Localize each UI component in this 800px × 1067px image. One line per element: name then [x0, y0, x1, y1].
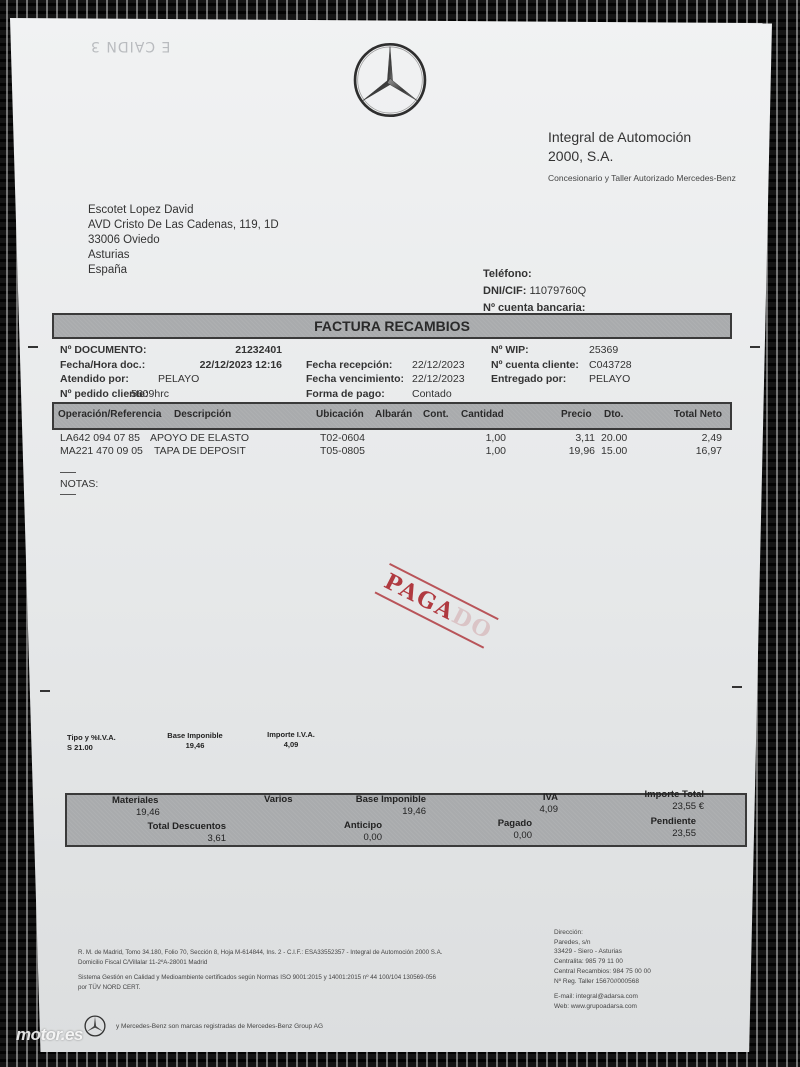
atendido-label: Atendido por:: [60, 372, 148, 387]
cuenta-label: Nº cuenta cliente:: [491, 358, 579, 373]
client-contact: Teléfono: DNI/CIF: 11079760Q Nº cuenta b…: [483, 266, 586, 317]
th-albaran: Albarán: [375, 409, 412, 420]
cell-dto: 15.00: [601, 445, 641, 457]
cell-ubicacion: T05-0805: [320, 445, 380, 457]
atendido-value: PELAYO: [158, 372, 199, 387]
pagado-label: Pagado: [490, 818, 532, 830]
addr-registro: Nº Reg. Taller 15670//000568: [554, 977, 651, 987]
doc-info-col1-values-left: PELAYO 5609hrc: [158, 372, 199, 401]
dni-label: DNI/CIF:: [483, 285, 526, 297]
legal-line2: Domicilio Fiscal C/Villalar 11-2ºA-28001…: [78, 958, 442, 968]
addr-street: Paredes, s/n: [554, 938, 651, 948]
fold-mark: [732, 686, 742, 688]
divider: [60, 472, 76, 473]
materiales-value: 19,46: [112, 807, 160, 819]
pendiente-value: 23,55: [630, 828, 696, 840]
descuentos-value: 3,61: [130, 833, 226, 845]
pago-value: Contado: [412, 387, 465, 402]
documento-label: Nº DOCUMENTO:: [60, 343, 148, 358]
cell-descripcion: TAPA DE DEPOSIT: [154, 445, 274, 457]
doc-info-col1-values-right: 21232401 22/12/2023 12:16: [160, 343, 282, 372]
pago-label: Forma de pago:: [306, 387, 404, 402]
recepcion-label: Fecha recepción:: [306, 358, 404, 373]
materiales-label: Materiales: [112, 795, 160, 807]
base-value: 19,46: [340, 806, 426, 818]
company-header: Integral de Automoción 2000, S.A. Conces…: [548, 128, 736, 188]
addr-label: Dirección:: [554, 928, 651, 938]
addr-recambios: Central Recambios: 984 75 00 00: [554, 967, 651, 977]
stamp-text: PAGA: [380, 568, 459, 626]
recepcion-value: 22/12/2023: [412, 358, 465, 373]
legal-line4: por TÜV NORD CERT.: [78, 983, 442, 993]
doc-info-col2-values: 22/12/2023 22/12/2023 Contado: [412, 358, 465, 402]
materiales: Materiales 19,46: [112, 795, 160, 818]
doc-info-col3: Nº WIP: Nº cuenta cliente: Entregado por…: [491, 343, 579, 387]
importe-total-value: 23,55 €: [620, 801, 704, 813]
legal-info: R. M. de Madrid, Tomo 34.180, Folio 70, …: [78, 948, 442, 992]
doc-info-col2: Fecha recepción: Fecha vencimiento: Form…: [306, 358, 404, 402]
entregado-value: PELAYO: [589, 372, 632, 387]
cell-total-neto: 16,97: [640, 445, 722, 457]
doc-info-col3-values: 25369 C043728 PELAYO: [589, 343, 632, 387]
th-dto: Dto.: [604, 409, 623, 420]
th-cont: Cont.: [423, 409, 449, 420]
iva-value: 4,09: [500, 804, 558, 816]
cell-cantidad: 1,00: [440, 432, 506, 444]
company-subtitle: Concesionario y Taller Autorizado Merced…: [548, 169, 736, 188]
mercedes-star-icon: [352, 42, 428, 118]
iva-tipo: Tipo y %I.V.A. S 21.00: [67, 733, 116, 753]
th-total-neto: Total Neto: [650, 409, 722, 420]
notes-label: NOTAS:: [60, 478, 98, 490]
company-name-line2: 2000, S.A.: [548, 147, 736, 166]
phone-label: Teléfono:: [483, 268, 532, 280]
client-address: Escotet Lopez David AVD Cristo De Las Ca…: [88, 203, 279, 278]
addr-city: 33429 - Siero - Asturias: [554, 947, 651, 957]
cell-precio: 19,96: [540, 445, 595, 457]
iva-base: Base Imponible 19,46: [165, 731, 225, 751]
iva-tipo-label: Tipo y %I.V.A.: [67, 733, 116, 743]
vencimiento-value: 22/12/2023: [412, 372, 465, 387]
divider: [60, 494, 76, 495]
dni-value: 11079760Q: [529, 285, 586, 297]
legal-line3: Sistema Gestión en Calidad y Medioambien…: [78, 973, 442, 983]
th-cantidad: Cantidad: [461, 409, 504, 420]
cell-cantidad: 1,00: [440, 445, 506, 457]
cell-descripcion: APOYO DE ELASTO: [150, 432, 270, 444]
iva-importe-label: Importe I.V.A.: [263, 730, 319, 740]
descuentos-label: Total Descuentos: [130, 821, 226, 833]
documento-value: 21232401: [160, 343, 282, 358]
legal-line1: R. M. de Madrid, Tomo 34.180, Folio 70, …: [78, 948, 442, 958]
addr-web: Web: www.grupoadarsa.com: [554, 1002, 651, 1012]
cell-dto: 20.00: [601, 432, 641, 444]
handwritten-note: E CAIDN 3: [90, 38, 170, 54]
invoice-title: FACTURA RECAMBIOS: [52, 313, 732, 339]
th-precio: Precio: [561, 409, 592, 420]
th-ubicacion: Ubicación: [316, 409, 364, 420]
anticipo-value: 0,00: [330, 832, 382, 844]
iva-tipo-value: S 21.00: [67, 743, 116, 753]
addr-email: E-mail: integral@adarsa.com: [554, 992, 651, 1002]
iva-base-value: 19,46: [165, 741, 225, 751]
fold-mark: [40, 690, 50, 692]
iva-base-label: Base Imponible: [165, 731, 225, 741]
client-city: 33006 Oviedo: [88, 233, 279, 248]
fecha-label: Fecha/Hora doc.:: [60, 358, 148, 373]
th-descripcion: Descripción: [174, 409, 231, 420]
anticipo: Anticipo 0,00: [330, 820, 382, 843]
fold-mark: [28, 346, 38, 348]
pagado: Pagado 0,00: [490, 818, 532, 841]
pedido-value: 5609hrc: [131, 387, 199, 402]
iva-label: IVA: [500, 792, 558, 804]
iva-importe-value: 4,09: [263, 740, 319, 750]
company-address: Dirección: Paredes, s/n 33429 - Siero - …: [554, 928, 651, 1012]
total-descuentos: Total Descuentos 3,61: [130, 821, 226, 844]
wip-label: Nº WIP:: [491, 343, 579, 358]
fold-mark: [750, 346, 760, 348]
th-referencia: Operación/Referencia: [58, 409, 161, 420]
pendiente-label: Pendiente: [630, 816, 696, 828]
client-country: España: [88, 263, 279, 278]
addr-centralita: Centralita: 985 79 11 00: [554, 957, 651, 967]
vencimiento-label: Fecha vencimiento:: [306, 372, 404, 387]
watermark-logo: motor.es: [16, 1025, 83, 1045]
base-label: Base Imponible: [340, 794, 426, 806]
wip-value: 25369: [589, 343, 632, 358]
company-name-line1: Integral de Automoción: [548, 128, 736, 147]
invoice-sheet: E CAIDN 3 Integral de Automoción 2000, S…: [10, 18, 772, 1052]
cell-precio: 3,11: [540, 432, 595, 444]
client-name: Escotet Lopez David: [88, 203, 279, 218]
iva-total: IVA 4,09: [500, 792, 558, 815]
importe-total: Importe Total 23,55 €: [620, 789, 704, 812]
cell-total-neto: 2,49: [640, 432, 722, 444]
mercedes-star-icon: [84, 1015, 106, 1037]
base-imponible: Base Imponible 19,46: [340, 794, 426, 817]
trademark-notice: y Mercedes-Benz son marcas registradas d…: [116, 1023, 323, 1030]
cuenta-value: C043728: [589, 358, 632, 373]
anticipo-label: Anticipo: [330, 820, 382, 832]
stamp-text-faded: DO: [448, 603, 497, 645]
cell-ubicacion: T02-0604: [320, 432, 380, 444]
paid-stamp: PAGADO: [375, 563, 499, 649]
importe-total-label: Importe Total: [620, 789, 704, 801]
pendiente: Pendiente 23,55: [630, 816, 696, 839]
iva-importe: Importe I.V.A. 4,09: [263, 730, 319, 750]
fecha-value: 22/12/2023 12:16: [160, 358, 282, 373]
varios-label: Varios: [264, 794, 293, 806]
pagado-value: 0,00: [490, 830, 532, 842]
client-street: AVD Cristo De Las Cadenas, 119, 1D: [88, 218, 279, 233]
entregado-label: Entregado por:: [491, 372, 579, 387]
client-region: Asturias: [88, 248, 279, 263]
